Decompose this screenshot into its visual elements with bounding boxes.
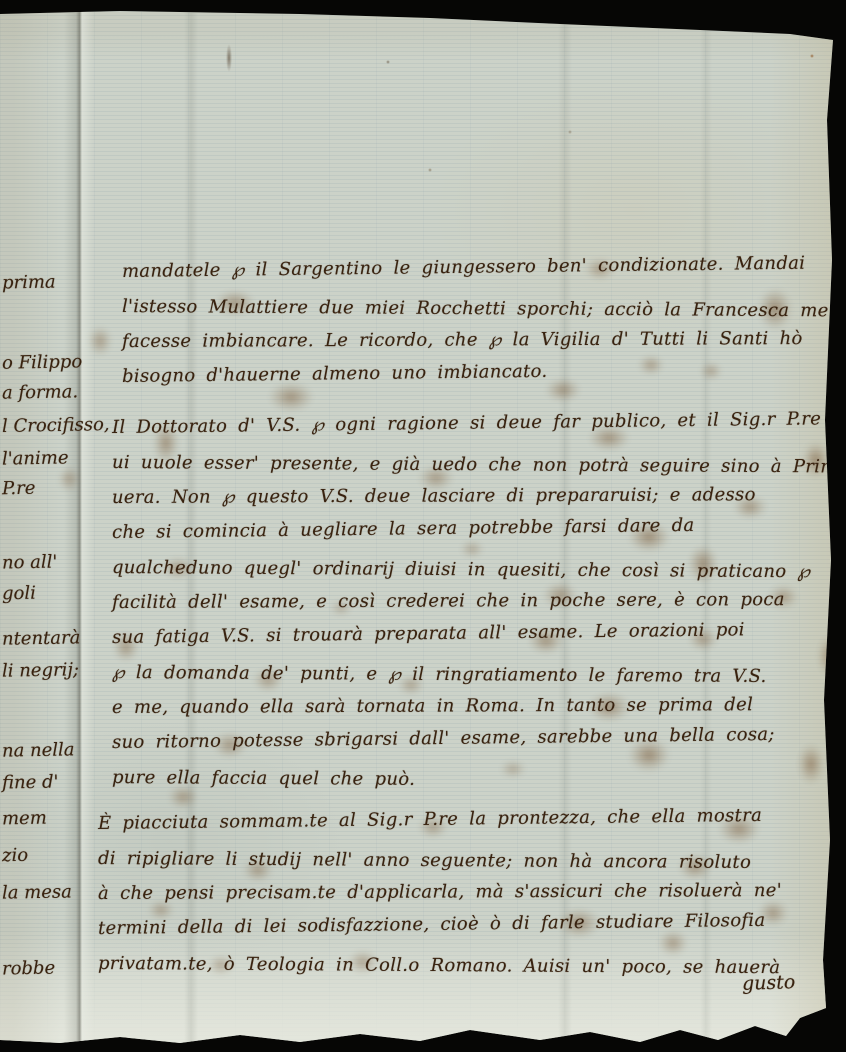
facing-page-fragment: robbe	[2, 958, 55, 980]
ink-bleed-stain	[88, 326, 112, 356]
facing-page-fragment: o Filippo	[2, 351, 83, 373]
ink-bleed-stain	[58, 466, 80, 492]
manuscript-page: primao Filippoa forma.l Crocifisso,l'ani…	[0, 0, 846, 1052]
facing-page-fragment: li negrij;	[2, 659, 79, 681]
paragraph-2: Il Dottorato d' V.S. ℘ ogni ragione si d…	[112, 410, 828, 795]
facing-page-fragment: zio	[2, 845, 28, 866]
manuscript-line: che si comincia à uegliare la sera potre…	[112, 506, 828, 550]
manuscript-line: pure ella faccia quel che può.	[112, 760, 828, 799]
paragraph-1: mandatele ℘ il Sargentino le giungessero…	[122, 254, 828, 394]
facing-page-fragment: a forma.	[2, 381, 78, 403]
manuscript-line: sua fatiga V.S. si trouarà preparata all…	[112, 611, 828, 655]
facing-page-fragment: l Crocifisso,	[2, 414, 110, 437]
facing-page-fragment: na nella	[2, 739, 75, 761]
facing-page-fragment: P.re	[2, 478, 36, 500]
facing-page-fragment: no all'	[2, 552, 58, 574]
facing-page-fragment: prima	[2, 272, 56, 294]
paragraph-3: È piacciuta sommam.te al Sig.r P.re la p…	[98, 806, 824, 981]
manuscript-line: Il Dottorato d' V.S. ℘ ogni ragione si d…	[112, 401, 828, 445]
manuscript-line: privatam.te, ò Teologia in Coll.o Romano…	[98, 946, 824, 985]
facing-page-fragment: mem	[2, 808, 47, 830]
facing-page-fragment: fine d'	[2, 772, 59, 794]
ink-bleed-stain	[828, 736, 846, 766]
facing-page-fragment: l'anime	[2, 447, 69, 469]
manuscript-line: mandatele ℘ il Sargentino le giungessero…	[122, 245, 828, 289]
manuscript-line: bisogno d'hauerne almeno uno imbiancato.	[122, 350, 828, 394]
catchword: gusto	[742, 971, 796, 995]
manuscript-line: termini della di lei sodisfazzione, cioè…	[98, 902, 824, 946]
facing-page-fragment: ntentarà	[2, 627, 81, 649]
scan-background: primao Filippoa forma.l Crocifisso,l'ani…	[0, 0, 846, 1052]
manuscript-line: È piacciuta sommam.te al Sig.r P.re la p…	[98, 797, 824, 841]
manuscript-line: suo ritorno potesse sbrigarsi dall' esam…	[112, 716, 828, 760]
facing-page-fragment: la mesa	[2, 881, 72, 903]
facing-page-fragment: goli	[2, 583, 36, 605]
